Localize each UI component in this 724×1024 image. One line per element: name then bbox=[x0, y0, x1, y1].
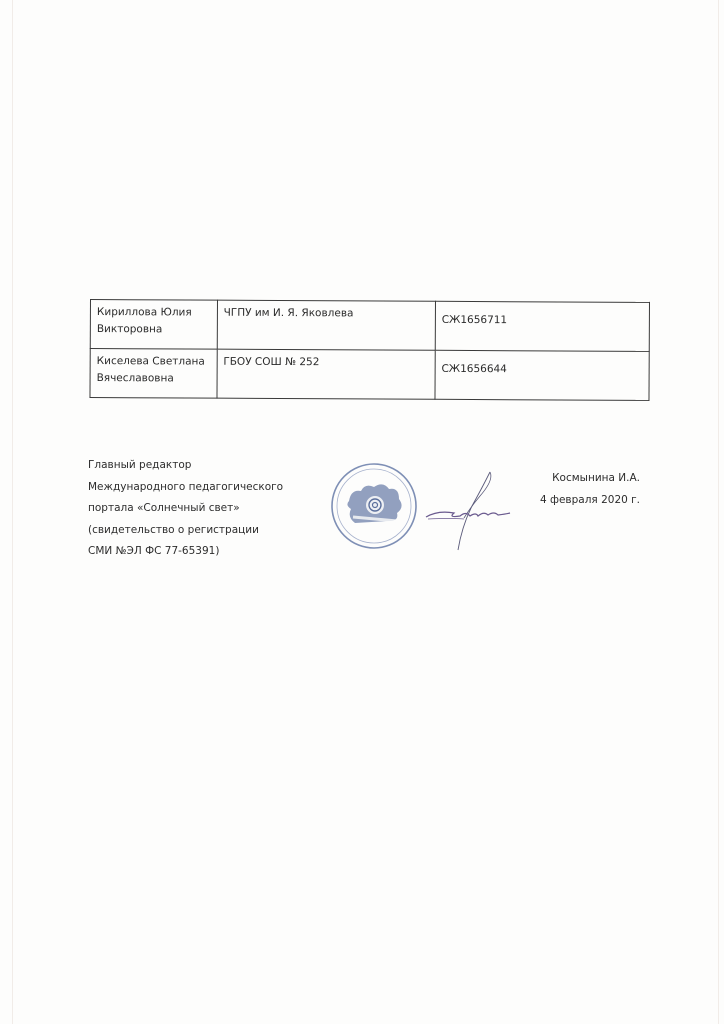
table-row: Киселева Светлана Вячеславовна ГБОУ СОШ … bbox=[90, 349, 649, 401]
certificate-number: СЖ1656644 bbox=[435, 350, 649, 400]
editor-line: СМИ №ЭЛ ФС 77-65391) bbox=[88, 541, 283, 563]
table-row: Кириллова Юлия Викторовна ЧГПУ им И. Я. … bbox=[90, 300, 649, 352]
round-seal-stamp-icon bbox=[329, 461, 419, 551]
editor-line: Главный редактор bbox=[88, 455, 283, 477]
editor-line: (свидетельство о регистрации bbox=[88, 520, 283, 542]
signer-name: Космынина И.А. bbox=[540, 467, 640, 489]
signature-date: 4 февраля 2020 г. bbox=[540, 489, 640, 511]
editor-line: портала «Солнечный свет» bbox=[88, 498, 283, 520]
editor-credentials: Главный редактор Международного педагоги… bbox=[88, 455, 283, 563]
certificate-number: СЖ1656711 bbox=[435, 301, 649, 351]
editor-line: Международного педагогического bbox=[88, 477, 283, 499]
scan-edge-left bbox=[12, 0, 13, 1024]
signer-block: Космынина И.А. 4 февраля 2020 г. bbox=[540, 467, 640, 511]
participant-name: Киселева Светлана Вячеславовна bbox=[90, 349, 217, 399]
participant-name: Кириллова Юлия Викторовна bbox=[90, 300, 217, 350]
participant-institution: ГБОУ СОШ № 252 bbox=[217, 349, 435, 399]
scan-edge-right bbox=[718, 0, 719, 1024]
handwritten-signature-icon bbox=[420, 466, 515, 556]
participants-table: Кириллова Юлия Викторовна ЧГПУ им И. Я. … bbox=[89, 299, 650, 401]
participant-institution: ЧГПУ им И. Я. Яковлева bbox=[217, 300, 435, 350]
